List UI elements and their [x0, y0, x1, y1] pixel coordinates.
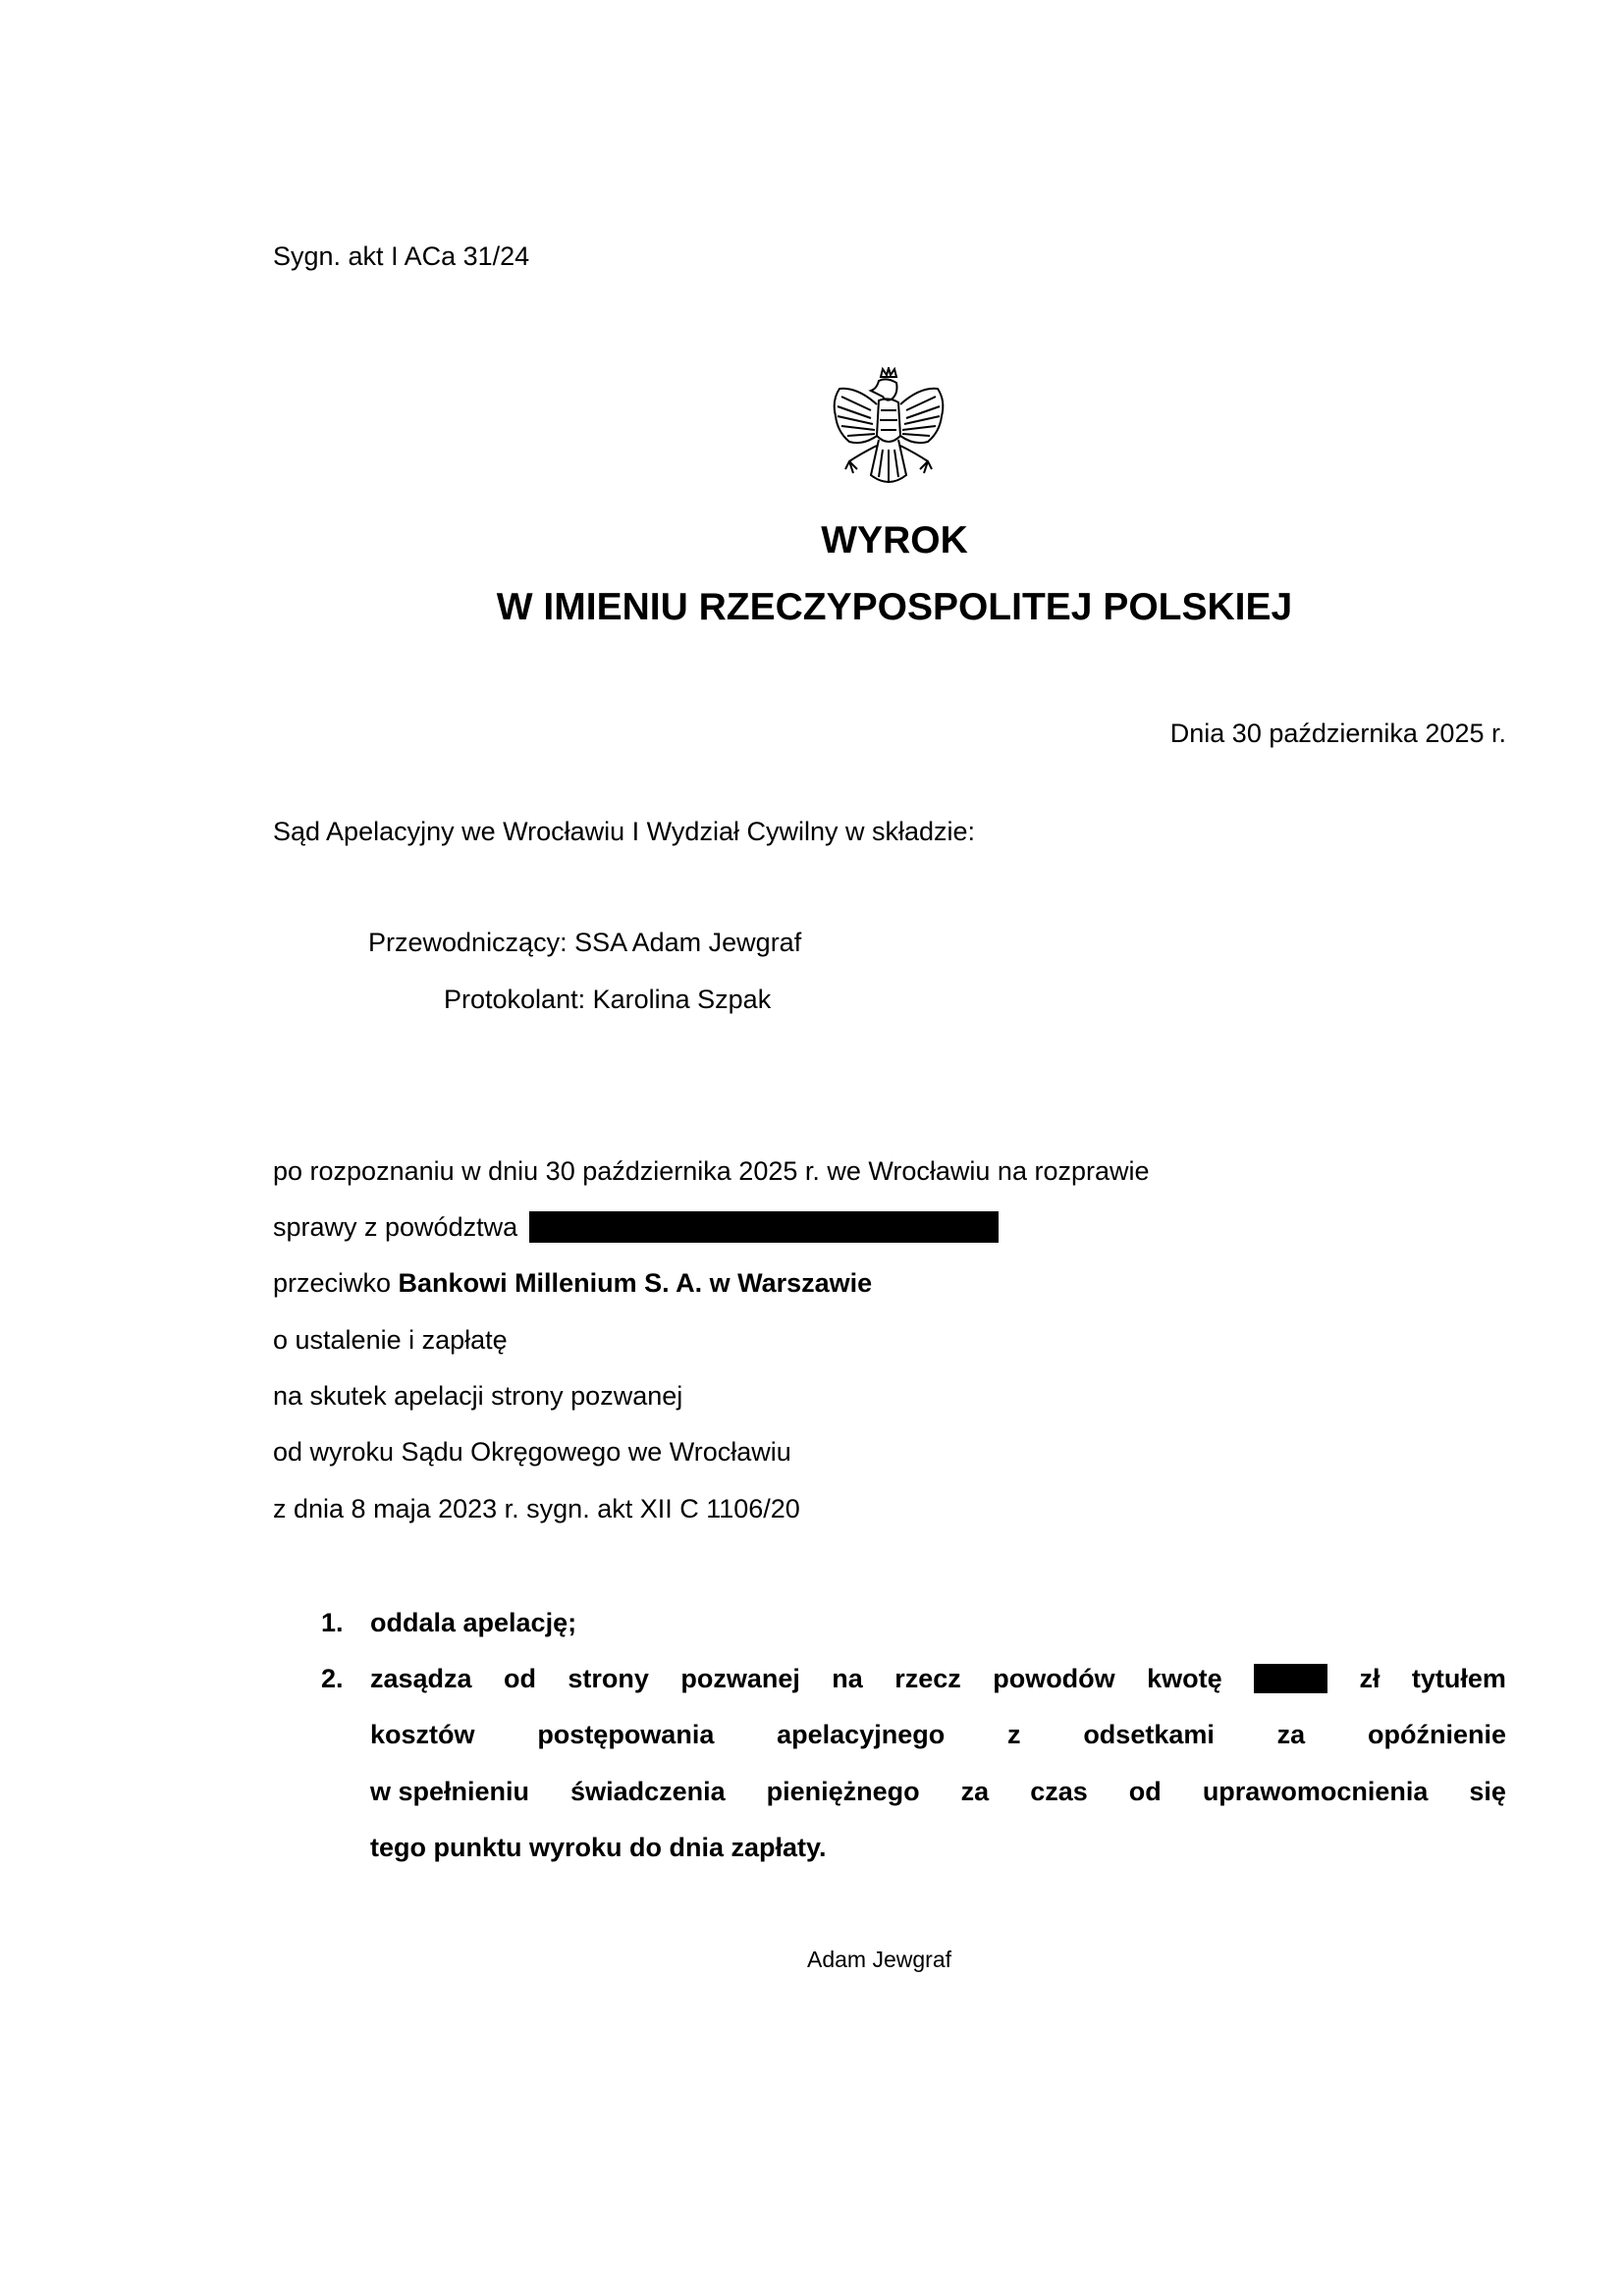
ruling-1-number: 1.	[321, 1607, 344, 1638]
judgment-date: Dnia 30 października 2025 r.	[1170, 718, 1506, 749]
case-details-line-5: na skutek apelacji strony pozwanej	[273, 1380, 682, 1412]
ruling-word: od	[1129, 1776, 1162, 1807]
ruling-word: za	[961, 1776, 990, 1807]
ruling-word: opóźnienie	[1368, 1719, 1506, 1750]
ruling-2-line-3: w spełnieniuświadczeniapieniężnegozaczas…	[370, 1776, 1506, 1807]
ruling-2-line-2: kosztówpostępowaniaapelacyjnegozodsetkam…	[370, 1719, 1506, 1750]
ruling-word: w spełnieniu	[370, 1776, 529, 1807]
ruling-word: strony	[568, 1663, 649, 1694]
ruling-word: uprawomocnienia	[1203, 1776, 1429, 1807]
case-details-line-7: z dnia 8 maja 2023 r. sygn. akt XII C 11…	[273, 1493, 800, 1524]
ruling-word: rzecz	[894, 1663, 961, 1694]
ruling-word: zasądza	[370, 1663, 472, 1694]
ruling-word: zł	[1359, 1663, 1380, 1694]
case-signature: Sygn. akt I ACa 31/24	[273, 240, 529, 272]
ruling-word: powodów	[993, 1663, 1114, 1694]
plaintiff-label: sprawy z powództwa	[273, 1212, 517, 1242]
judge-signature: Adam Jewgraf	[807, 1946, 951, 1973]
ruling-word: się	[1469, 1776, 1506, 1807]
ruling-word: za	[1277, 1719, 1306, 1750]
ruling-word: apelacyjnego	[777, 1719, 945, 1750]
document-subtitle: W IMIENIU RZECZYPOSPOLITEJ POLSKIEJ	[248, 585, 1541, 630]
presiding-judge: Przewodniczący: SSA Adam Jewgraf	[368, 927, 801, 958]
defendant-prefix: przeciwko	[273, 1268, 399, 1298]
ruling-word: postępowania	[537, 1719, 714, 1750]
case-details-line-1: po rozpoznaniu w dniu 30 października 20…	[273, 1155, 1150, 1187]
polish-eagle-emblem-icon	[828, 367, 949, 503]
ruling-word: kosztów	[370, 1719, 475, 1750]
ruling-word: od	[504, 1663, 536, 1694]
ruling-word: pieniężnego	[767, 1776, 920, 1807]
ruling-1-text: oddala apelację;	[370, 1607, 576, 1638]
ruling-2-number: 2.	[321, 1663, 344, 1694]
ruling-word: z	[1007, 1719, 1021, 1750]
case-details-line-2: sprawy z powództwa	[273, 1211, 999, 1245]
case-details-line-3: przeciwko Bankowi Millenium S. A. w Wars…	[273, 1267, 872, 1299]
ruling-word: na	[832, 1663, 863, 1694]
ruling-word: tytułem	[1412, 1663, 1506, 1694]
ruling-word: czas	[1030, 1776, 1088, 1807]
ruling-2-line-4: tego punktu wyroku do dnia zapłaty.	[370, 1832, 827, 1863]
case-details-line-4: o ustalenie i zapłatę	[273, 1324, 508, 1356]
court-clerk: Protokolant: Karolina Szpak	[444, 984, 771, 1015]
ruling-word: kwotę	[1147, 1663, 1222, 1694]
redacted-plaintiff-name	[529, 1211, 999, 1243]
ruling-2-line-1: zasądzaodstronypozwanejnarzeczpowodówkwo…	[370, 1663, 1506, 1694]
court-composition: Sąd Apelacyjny we Wrocławiu I Wydział Cy…	[273, 816, 975, 847]
ruling-word: pozwanej	[680, 1663, 800, 1694]
ruling-word: świadczenia	[570, 1776, 726, 1807]
redacted-amount	[1254, 1664, 1327, 1693]
case-details-line-6: od wyroku Sądu Okręgowego we Wrocławiu	[273, 1436, 791, 1468]
defendant-name: Bankowi Millenium S. A. w Warszawie	[399, 1268, 873, 1298]
ruling-word: odsetkami	[1083, 1719, 1215, 1750]
document-title: WYROK	[248, 518, 1541, 563]
